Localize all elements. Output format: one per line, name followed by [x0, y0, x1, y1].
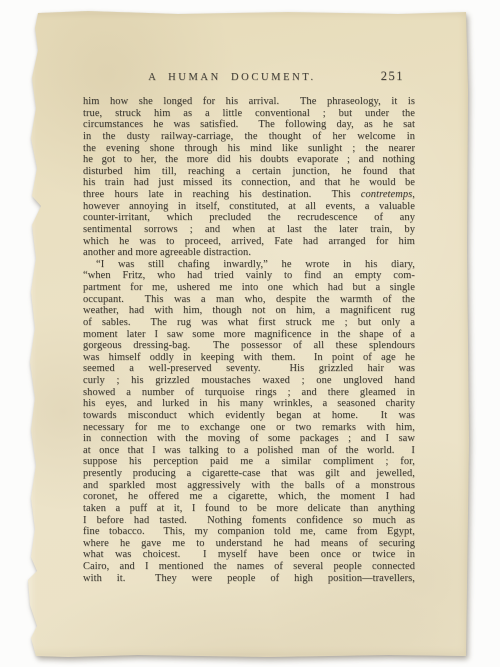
text-line: I before had tasted. Nothing foments con… [83, 515, 415, 527]
text-line: another and more agreeable distraction. [83, 247, 415, 259]
text-line: sentimental sorrows ; and when at last t… [83, 224, 415, 236]
page-number: 251 [381, 69, 404, 84]
book-page: A HUMAN DOCUMENT. 251 him how she longed… [28, 10, 470, 658]
text-line: three hours late in reaching his destina… [83, 189, 415, 201]
page-header: A HUMAN DOCUMENT. 251 [83, 72, 415, 88]
paragraph: him how she longed for his arrival. The … [83, 96, 415, 259]
text-line: in connection with the moving of some pa… [83, 433, 415, 445]
running-title: A HUMAN DOCUMENT. [66, 72, 398, 83]
text-line: and sparkled most aggressively with the … [83, 480, 415, 492]
text-line: he got to her, the more did his doubts e… [83, 154, 415, 166]
text-line: “I was still chafing inwardly,” he wrote… [83, 259, 415, 271]
text-line: of sables. The rug was what first struck… [83, 317, 415, 329]
text-line: true, struck him as a little conventiona… [83, 108, 415, 120]
text-line: in the dusty railway-carriage, the thoug… [83, 131, 415, 143]
text-line: towards misconduct which evidently began… [83, 410, 415, 422]
text-line: moment later I saw some more magnificenc… [83, 329, 415, 341]
text-line: him how she longed for his arrival. The … [83, 96, 415, 108]
text-line: suppose his perception paid me a similar… [83, 456, 415, 468]
text-line: necessary for me to exchange one or two … [83, 422, 415, 434]
text-line: what was choicest. I myself have been on… [83, 549, 415, 561]
text-line: with it. They were people of high positi… [83, 573, 415, 585]
text-line: occupant. This was a man who, despite th… [83, 294, 415, 306]
text-line: “when Fritz, who had tried vainly to fin… [83, 270, 415, 282]
text-line: showed a number of turquoise rings ; and… [83, 387, 415, 399]
text-line: Cairo, and I mentioned the names of seve… [83, 561, 415, 573]
text-line: where he gave me to understand he had me… [83, 538, 415, 550]
text-line: coronet, he offered me a cigarette, whic… [83, 491, 415, 503]
text-line: seemed a well-preserved seventy. His gri… [83, 363, 415, 375]
paragraph: “I was still chafing inwardly,” he wrote… [83, 259, 415, 585]
text-line: was himself oddly in keeping with them. … [83, 352, 415, 364]
paper-sheet: A HUMAN DOCUMENT. 251 him how she longed… [28, 10, 470, 658]
text-line: the evening shone through his mind like … [83, 143, 415, 155]
text-line: gorgeous dressing-bag. The possessor of … [83, 340, 415, 352]
text-line: at once that I was talking to a polished… [83, 445, 415, 457]
text-line: fine tobacco. This, my companion told me… [83, 526, 415, 538]
text-line: weather, had with him, though not on him… [83, 305, 415, 317]
text-line: his eyes, and lurked in his many wrinkle… [83, 398, 415, 410]
text-line: which he was to proceed, arrived, Fate h… [83, 236, 415, 248]
text-line: counter-irritant, which precluded the re… [83, 212, 415, 224]
body-text: him how she longed for his arrival. The … [83, 96, 415, 584]
text-line: curly ; his grizzled moustaches waxed ; … [83, 375, 415, 387]
text-line: however annoying in itself, constituted,… [83, 201, 415, 213]
text-line: presently producing a cigarette-case tha… [83, 468, 415, 480]
text-line: disturbed him till, reaching a certain j… [83, 166, 415, 178]
text-line: circumstances he was satisfied. The foll… [83, 119, 415, 131]
scan-background: A HUMAN DOCUMENT. 251 him how she longed… [0, 0, 500, 667]
text-line: taken a puff at it, I found to be more d… [83, 503, 415, 515]
text-line: his train had just missed its connection… [83, 177, 415, 189]
text-line: partment for me, ushered me into one whi… [83, 282, 415, 294]
